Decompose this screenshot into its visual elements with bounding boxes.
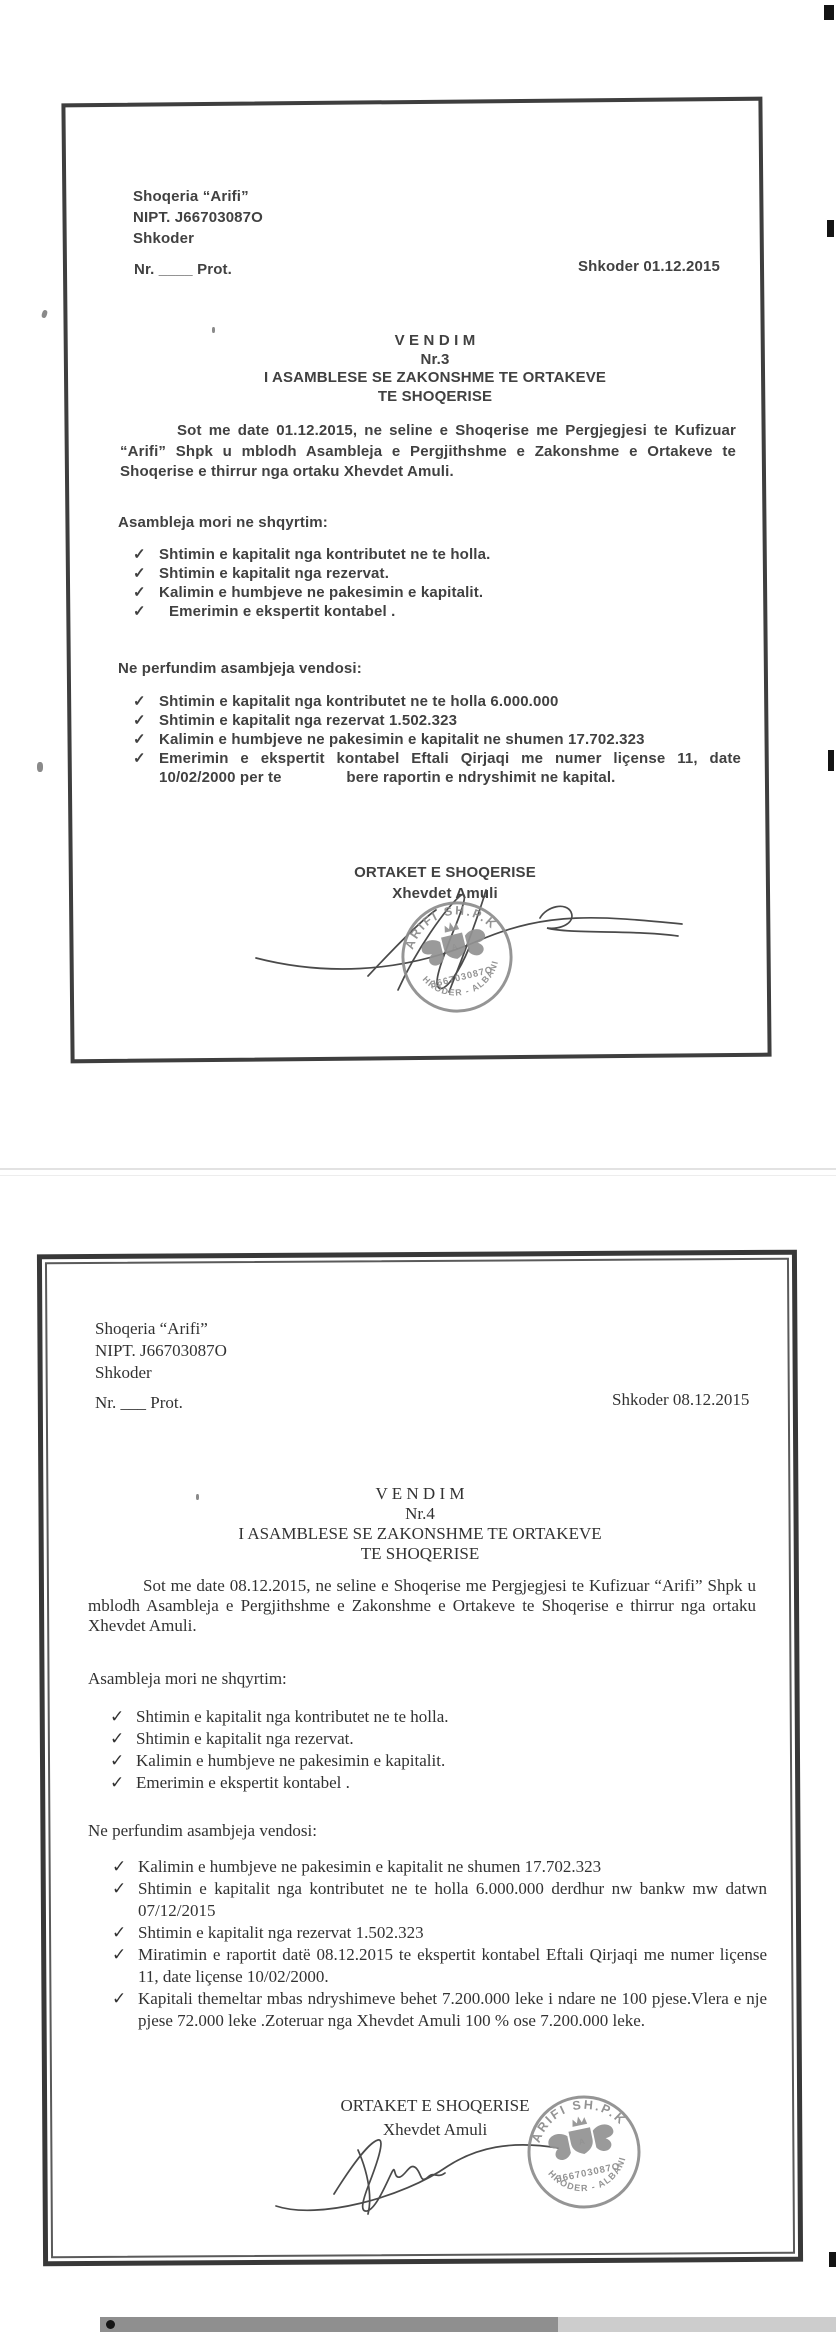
scan-artifact: [829, 2252, 836, 2267]
page1-review-list: ✓Shtimin e kapitalit nga kontributet ne …: [133, 545, 678, 621]
page2-place-date: Shkoder 08.12.2015: [612, 1389, 749, 1411]
list-item: ✓Kalimin e humbjeve ne pakesimin e kapit…: [133, 583, 678, 602]
scan-seam: [0, 1175, 836, 1176]
page2-protocol-line: Nr. ___ Prot.: [95, 1392, 183, 1414]
page1-decision-heading: Ne perfundim asambjeja vendosi:: [118, 658, 362, 679]
page1-intro-paragraph: Sot me date 01.12.2015, ne seline e Shoq…: [120, 421, 736, 483]
page2-title-assembly: I ASAMBLESE SE ZAKONSHME TE ORTAKEVE: [120, 1524, 720, 1544]
check-icon: ✓: [133, 545, 159, 564]
list-item: ✓Kalimin e humbjeve ne pakesimin e kapit…: [133, 730, 741, 749]
list-item: ✓Emerimin e ekspertit kontabel .: [110, 1772, 670, 1794]
check-icon: ✓: [112, 1878, 138, 1900]
list-item: ✓Emerimin e ekspertit kontabel Eftali Qi…: [133, 749, 741, 787]
page2-decision-heading: Ne perfundim asambjeja vendosi:: [88, 1820, 317, 1842]
check-icon: ✓: [133, 602, 169, 621]
list-item: ✓Shtimin e kapitalit nga kontributet ne …: [133, 545, 678, 564]
check-icon: ✓: [112, 1988, 138, 2010]
scan-speck: [196, 1494, 199, 1500]
page2-company-stamp: ARIFI SH.P.K SHKODER - ALBANIA A J667030…: [513, 2081, 655, 2223]
scan-edge-band-dark: [100, 2317, 558, 2332]
list-item: ✓Shtimin e kapitalit nga kontributet ne …: [133, 692, 741, 711]
page2-letterhead: Shoqeria “Arifi” NIPT. J66703087O Shkode…: [95, 1318, 227, 1384]
list-item: ✓Emerimin e ekspertit kontabel .: [133, 602, 678, 621]
page2-title-company: TE SHOQERISE: [120, 1544, 720, 1564]
page2-decision-list: ✓Kalimin e humbjeve ne pakesimin e kapit…: [112, 1856, 767, 2032]
scan-edge-dot: [106, 2320, 115, 2329]
list-item: ✓Shtimin e kapitalit nga kontributet ne …: [110, 1706, 670, 1728]
check-icon: ✓: [133, 711, 159, 730]
page2-title-block: V E N D I M Nr.4 I ASAMBLESE SE ZAKONSHM…: [120, 1484, 720, 1564]
page1-title-vendim: V E N D I M: [135, 332, 735, 351]
page2-city: Shkoder: [95, 1362, 227, 1384]
check-icon: ✓: [112, 1944, 138, 1966]
scan-speck: [212, 327, 215, 333]
page1-title-company: TE SHOQERISE: [135, 388, 735, 407]
check-icon: ✓: [110, 1728, 136, 1750]
page1-protocol-line: Nr. ____ Prot.: [134, 259, 232, 280]
scan-seam: [0, 1168, 836, 1170]
page1-review-heading: Asambleja mori ne shqyrtim:: [118, 512, 328, 533]
scan-artifact: [824, 5, 834, 20]
page2-nipt: NIPT. J66703087O: [95, 1340, 227, 1362]
page1-title-number: Nr.3: [135, 351, 735, 370]
page1-nipt: NIPT. J66703087O: [133, 207, 263, 228]
page1-title-block: V E N D I M Nr.3 I ASAMBLESE SE ZAKONSHM…: [135, 332, 735, 406]
scan-artifact: [828, 750, 834, 771]
check-icon: ✓: [133, 730, 159, 749]
page2-title-number: Nr.4: [120, 1504, 720, 1524]
page2-review-heading: Asambleja mori ne shqyrtim:: [88, 1668, 287, 1690]
check-icon: ✓: [133, 749, 159, 768]
list-item: ✓Kalimin e humbjeve ne pakesimin e kapit…: [112, 1856, 767, 1878]
list-item: ✓Shtimin e kapitalit nga kontributet ne …: [112, 1878, 767, 1922]
scan-speck: [37, 762, 43, 772]
page1-letterhead: Shoqeria “Arifi” NIPT. J66703087O Shkode…: [133, 186, 263, 249]
check-icon: ✓: [112, 1922, 138, 1944]
page1-city: Shkoder: [133, 228, 263, 249]
page2-company-name: Shoqeria “Arifi”: [95, 1318, 227, 1340]
page1-company-name: Shoqeria “Arifi”: [133, 186, 263, 207]
list-item: ✓Shtimin e kapitalit nga rezervat.: [110, 1728, 670, 1750]
list-item: ✓Kapitali themeltar mbas ndryshimeve beh…: [112, 1988, 767, 2032]
page2-review-list: ✓Shtimin e kapitalit nga kontributet ne …: [110, 1706, 670, 1794]
page1-decision-list: ✓Shtimin e kapitalit nga kontributet ne …: [133, 692, 741, 787]
scan-artifact: [827, 220, 834, 237]
list-item: ✓Shtimin e kapitalit nga rezervat 1.502.…: [112, 1922, 767, 1944]
check-icon: ✓: [110, 1750, 136, 1772]
list-item: ✓Kalimin e humbjeve ne pakesimin e kapit…: [110, 1750, 670, 1772]
check-icon: ✓: [133, 692, 159, 711]
check-icon: ✓: [112, 1856, 138, 1878]
scan-speck: [41, 309, 48, 318]
check-icon: ✓: [110, 1706, 136, 1728]
check-icon: ✓: [133, 583, 159, 602]
page1-place-date: Shkoder 01.12.2015: [578, 256, 720, 277]
list-item: ✓Shtimin e kapitalit nga rezervat 1.502.…: [133, 711, 741, 730]
check-icon: ✓: [133, 564, 159, 583]
page1-title-assembly: I ASAMBLESE SE ZAKONSHME TE ORTAKEVE: [135, 369, 735, 388]
check-icon: ✓: [110, 1772, 136, 1794]
list-item: ✓Miratimin e raportit datë 08.12.2015 te…: [112, 1944, 767, 1988]
list-item: ✓Shtimin e kapitalit nga rezervat.: [133, 564, 678, 583]
page2-intro-paragraph: Sot me date 08.12.2015, ne seline e Shoq…: [88, 1576, 756, 1636]
page2-title-vendim: V E N D I M: [120, 1484, 720, 1504]
